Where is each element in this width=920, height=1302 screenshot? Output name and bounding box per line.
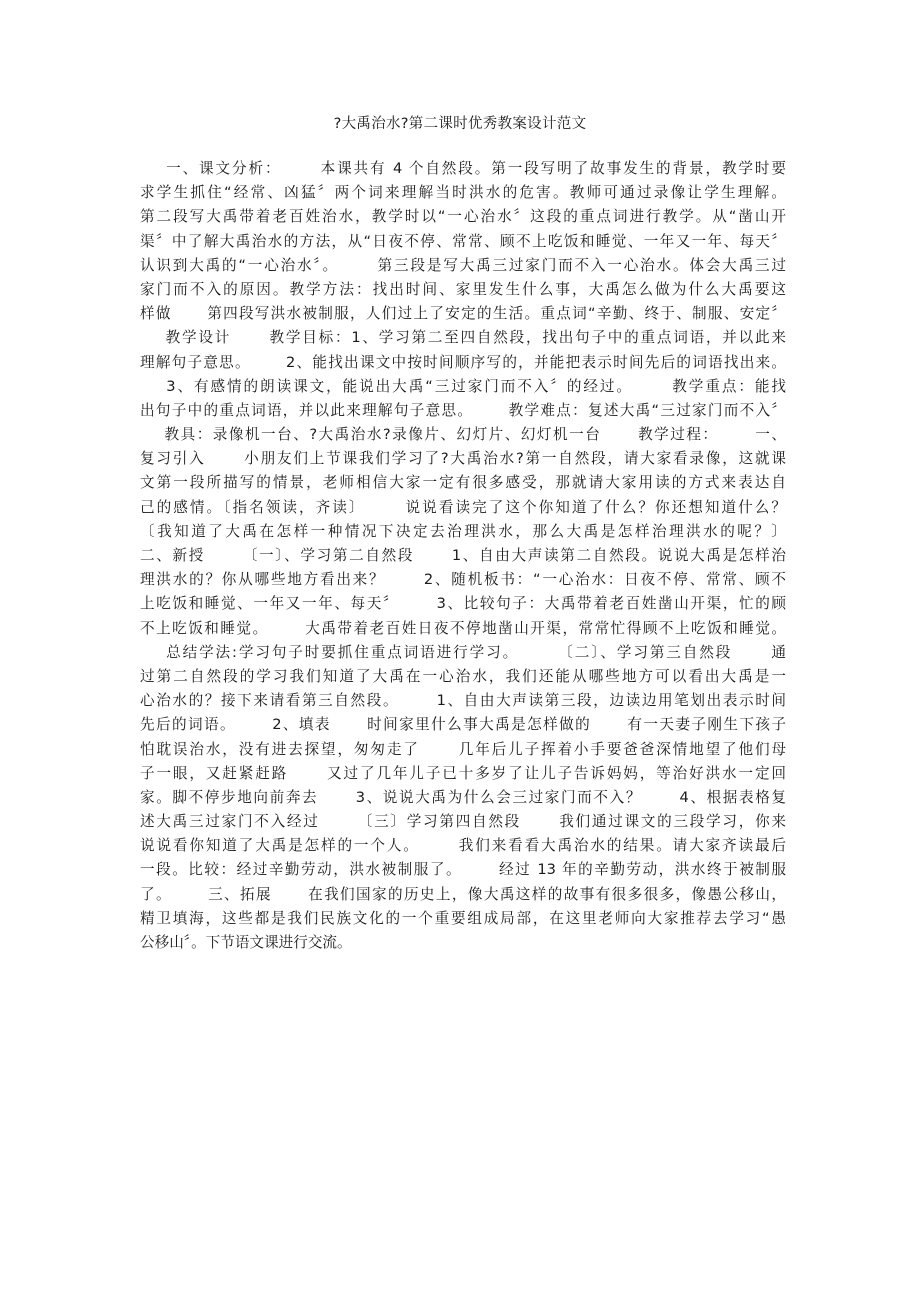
body-text-line: 认识到大禹的“一心治水〞。 第三段是写大禹三过家门而不入一心治水。体会大禹三过 (140, 254, 786, 278)
body-text-line: 上吃饭和睡觉、一年又一年、每天〞 3、比较句子：大禹带着老百姓凿山开渠，忙的顾 (140, 592, 786, 616)
body-text-line: 样做 第四段写洪水被制服，人们过上了安定的生活。重点词“辛勤、终于、制服、安定〞 (140, 302, 786, 326)
body-text-line: 公移山〞。下节语文课进行交流。 (140, 931, 786, 955)
body-text-line: 理解句子意思。 2、能找出课文中按时间顺序写的，并能把表示时间先后的词语找出来。 (140, 351, 786, 375)
body-text-line: 了。 三、拓展 在我们国家的历史上，像大禹这样的故事有很多很多，像愚公移山， (140, 883, 786, 907)
body-text-line: 〔我知道了大禹在怎样一种情况下决定去治理洪水，那么大禹是怎样治理洪水的呢？〕 (140, 520, 786, 544)
body-text-line: 过第二自然段的学习我们知道了大禹在一心治水，我们还能从哪些地方可以看出大禹是一 (140, 665, 786, 689)
body-text-line: 理洪水的？你从哪些地方看出来？ 2、随机板书：“一心治水：日夜不停、常常、顾不 (140, 568, 786, 592)
body-text-line: 己的感情。〔指名领读，齐读〕 说说看读完了这个你知道了什么？你还想知道什么？ (140, 496, 786, 520)
body-text-line: 心治水的？接下来请看第三自然段。 1、自由大声读第三段，边读边用笔划出表示时间 (140, 689, 786, 713)
body-text-line: 述大禹三过家门不入经过 〔三〕学习第四自然段 我们通过课文的三段学习，你来 (140, 810, 786, 834)
document-body: 一、课文分析： 本课共有 4 个自然段。第一段写明了故事发生的背景，教学时要求学… (140, 157, 786, 955)
body-text-line: 文第一段所描写的情景，老师相信大家一定有很多感受，那就请大家用读的方式来表达自 (140, 471, 786, 495)
body-text-line: 一、课文分析： 本课共有 4 个自然段。第一段写明了故事发生的背景，教学时要 (140, 157, 786, 181)
body-text-line: 子一眼，又赶紧赶路 又过了几年儿子已十多岁了让儿子告诉妈妈，等治好洪水一定回 (140, 762, 786, 786)
body-text-line: 第二段写大禹带着老百姓治水，教学时以“一心治水〞这段的重点词进行教学。从“凿山开 (140, 205, 786, 229)
body-text-line: 说说看你知道了大禹是怎样的一个人。 我们来看看大禹治水的结果。请大家齐读最后 (140, 834, 786, 858)
body-text-line: 不上吃饭和睡觉。 大禹带着老百姓日夜不停地凿山开渠，常常忙得顾不上吃饭和睡觉。 (140, 617, 786, 641)
body-text-line: 3、有感情的朗读课文，能说出大禹“三过家门而不入〞的经过。 教学重点：能找 (140, 375, 786, 399)
body-text-line: 渠〞中了解大禹治水的方法，从“日夜不停、常常、顾不上吃饭和睡觉、一年又一年、每天… (140, 230, 786, 254)
body-text-line: 求学生抓住“经常、凶猛〞两个词来理解当时洪水的危害。教师可通过录像让学生理解。 (140, 181, 786, 205)
document-title: ?大禹治水?第二课时优秀教案设计范文 (0, 114, 920, 134)
body-text-line: 复习引入 小朋友们上节课我们学习了?大禹治水?第一自然段，请大家看录像，这就课 (140, 447, 786, 471)
body-text-line: 二、新授 〔一〕、学习第二自然段 1、自由大声读第二自然段。说说大禹是怎样治 (140, 544, 786, 568)
body-text-line: 家门而不入的原因。教学方法：找出时间、家里发生什么事，大禹怎么做为什么大禹要这 (140, 278, 786, 302)
document-page: ?大禹治水?第二课时优秀教案设计范文 一、课文分析： 本课共有 4 个自然段。第… (0, 0, 920, 1302)
body-text-line: 出句子中的重点词语，并以此来理解句子意思。 教学难点：复述大禹“三过家门而不入〞 (140, 399, 786, 423)
body-text-line: 教学设计 教学目标：1、学习第二至四自然段，找出句子中的重点词语，并以此来 (140, 326, 786, 350)
body-text-line: 怕耽误治水，没有进去探望，匆匆走了 几年后儿子挥着小手要爸爸深情地望了他们母 (140, 738, 786, 762)
body-text-line: 精卫填海，这些都是我们民族文化的一个重要组成局部，在这里老师向大家推荐去学习“愚 (140, 907, 786, 931)
body-text-line: 总结学法:学习句子时要抓住重点词语进行学习。 〔二〕、学习第三自然段 通 (140, 641, 786, 665)
body-text-line: 教具：录像机一台、?大禹治水?录像片、幻灯片、幻灯机一台 教学过程： 一、 (140, 423, 786, 447)
body-text-line: 先后的词语。 2、填表 时间家里什么事大禹是怎样做的 有一天妻子刚生下孩子 (140, 713, 786, 737)
body-text-line: 家。脚不停步地向前奔去 3、说说大禹为什么会三过家门而不入？ 4、根据表格复 (140, 786, 786, 810)
body-text-line: 一段。比较：经过辛勤劳动，洪水被制服了。 经过 13 年的辛勤劳动，洪水终于被制… (140, 858, 786, 882)
